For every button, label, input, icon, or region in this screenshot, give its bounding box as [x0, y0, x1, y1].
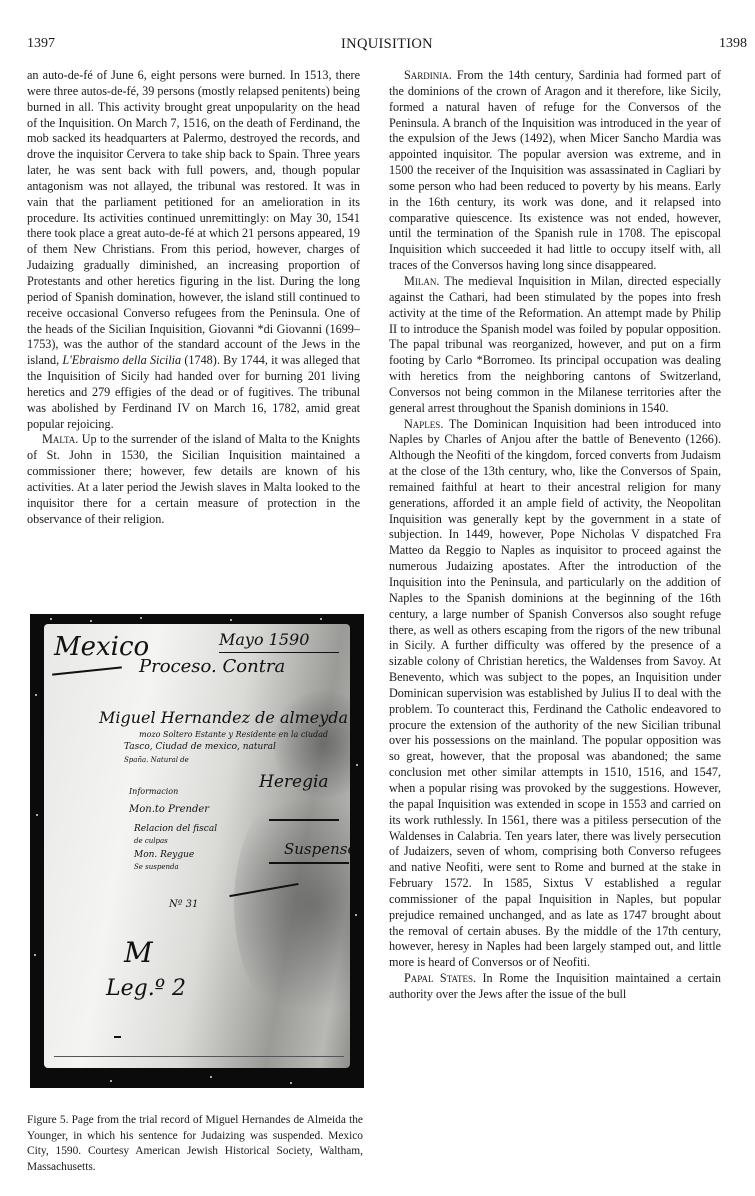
- hw-margin-3: Relacion del fiscal: [134, 824, 217, 834]
- hw-margin-1: Informacion: [129, 787, 178, 796]
- section-heading-naples: Naples: [404, 417, 440, 431]
- book-title: L'Ebraismo della Sicilia: [62, 353, 181, 367]
- hw-name: Miguel Hernandez de almeyda Portugues: [99, 708, 350, 727]
- hw-margin-2: Mon.to Prender: [129, 804, 209, 815]
- naples-paragraph: Naples. The Dominican Inquisition had be…: [389, 417, 721, 972]
- hw-number: Nº 31: [169, 899, 198, 910]
- figure-manuscript: Mexico Mayo 1590 Proceso. Contra Miguel …: [30, 614, 364, 1088]
- section-heading-milan: Milan: [404, 274, 436, 288]
- section-heading-malta: Malta: [42, 432, 75, 446]
- figure-caption: Figure 5. Page from the trial record of …: [27, 1113, 363, 1175]
- manuscript-page: Mexico Mayo 1590 Proceso. Contra Miguel …: [44, 624, 350, 1068]
- hw-legajo: Leg.º 2: [106, 976, 186, 1001]
- papal-states-paragraph: Papal States. In Rome the Inquisition ma…: [389, 971, 721, 1003]
- hw-heregia: Heregia: [259, 772, 329, 792]
- milan-paragraph: Milan. The medieval Inquisition in Milan…: [389, 274, 721, 417]
- section-heading-papal-states: Papal States: [404, 971, 473, 985]
- right-column: Sardinia. From the 14th century, Sardini…: [389, 68, 721, 1003]
- page-number-right: 1398: [719, 36, 747, 52]
- hw-date: Mayo 1590: [219, 630, 309, 649]
- page-header: 1397 INQUISITION 1398: [27, 36, 747, 56]
- hw-line4: Spaña. Natural de: [124, 756, 189, 764]
- hw-proceso: Proceso. Contra: [139, 656, 285, 677]
- section-heading-sardinia: Sardinia: [404, 68, 449, 82]
- malta-paragraph: Malta. Up to the surrender of the island…: [27, 432, 360, 527]
- left-column: an auto-de-fé of June 6, eight persons w…: [27, 68, 360, 527]
- hw-margin-5: Mon. Reygue: [134, 850, 194, 860]
- sardinia-paragraph: Sardinia. From the 14th century, Sardini…: [389, 68, 721, 274]
- hw-suspenso: Suspenso: [284, 840, 350, 858]
- sicily-paragraph: an auto-de-fé of June 6, eight persons w…: [27, 68, 360, 432]
- hw-line2: mozo Soltero Estante y Residente en la c…: [139, 730, 328, 739]
- hw-margin-6: Se suspenda: [134, 863, 179, 871]
- hw-place: Mexico: [54, 632, 149, 662]
- hw-line3: Tasco, Ciudad de mexico, natural: [124, 742, 276, 752]
- hw-margin-4: de culpas: [134, 837, 168, 845]
- hw-mark-m: M: [124, 936, 153, 969]
- running-title: INQUISITION: [27, 36, 747, 53]
